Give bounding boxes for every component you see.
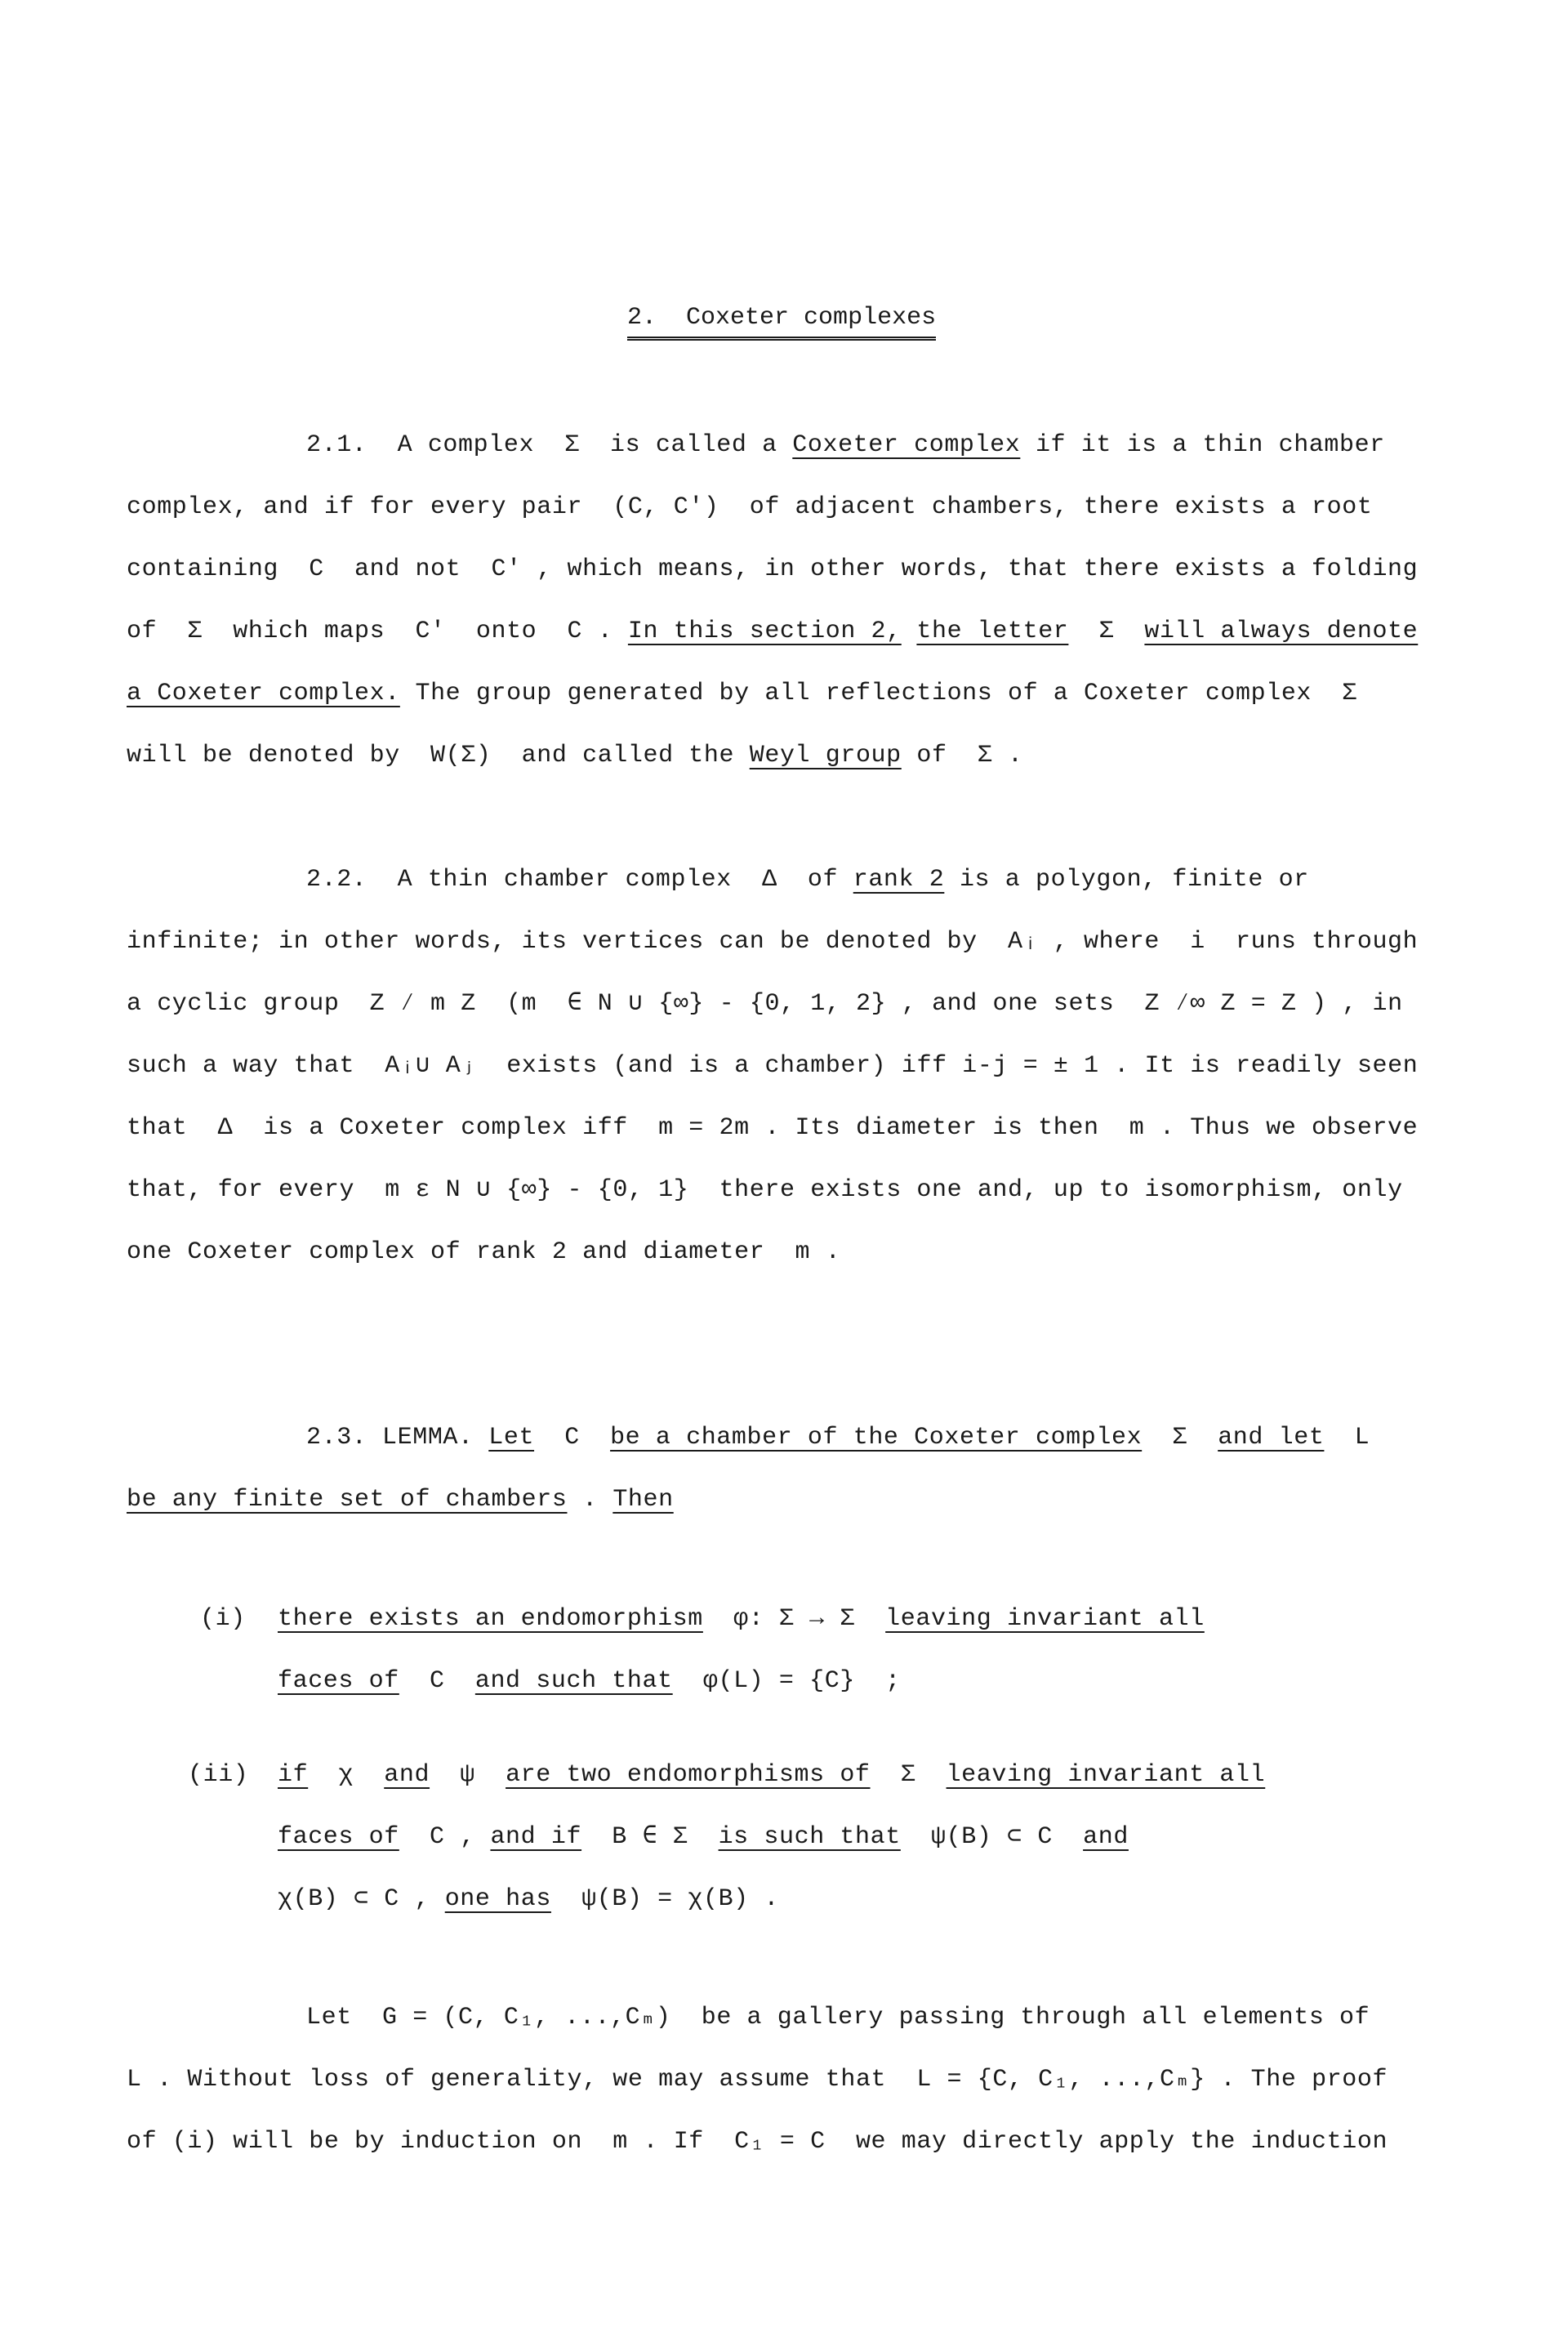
p21-line-1: 2.1. A complex Σ is called a Coxeter com… [306,429,1385,462]
p22-line-7: one Coxeter complex of rank 2 and diamet… [127,1236,840,1269]
lemma-line-2: be any finite set of chambers . Then [127,1483,674,1516]
item-ii-label: (ii) [188,1759,248,1791]
term-coxeter-complex: Coxeter complex [792,431,1020,459]
p21-line-5: a Coxeter complex. The group generated b… [127,677,1357,710]
section-title-text: Coxeter complexes [686,304,936,332]
item-i-label: (i) [200,1603,246,1635]
proof-line-1: Let G = (C, C₁, ...,Cₘ) be a gallery pas… [306,2001,1370,2034]
item-ii-line-1: if χ and ψ are two endomorphisms of Σ le… [278,1759,1265,1791]
item-ii-line-3: χ(B) ⊂ C , one has ψ(B) = χ(B) . [278,1883,779,1915]
p22-line-5: that Δ is a Coxeter complex iff m = 2m .… [127,1112,1418,1144]
p22-line-6: that, for every m ε N ∪ {∞} - {0, 1} the… [127,1174,1403,1206]
p21-line-4: of Σ which maps C' onto C . In this sect… [127,615,1418,648]
lemma-line-1: 2.3. LEMMA. Let C be a chamber of the Co… [306,1421,1370,1454]
item-ii-line-2: faces of C , and if B ∈ Σ is such that ψ… [278,1821,1129,1853]
p22-line-3: a cyclic group Z ∕ m Z (m ∈ N ∪ {∞} - {0… [127,988,1403,1020]
p21-line-6: will be denoted by W(Σ) and called the W… [127,739,1023,772]
p22-line-4: such a way that Aᵢ∪ Aⱼ exists (and is a … [127,1050,1418,1082]
item-i-line-2: faces of C and such that φ(L) = {C} ; [278,1665,901,1697]
p21-line-3: containing C and not C' , which means, i… [127,553,1418,586]
section-title: 2. Coxeter complexes [627,304,936,341]
p21-line-2: complex, and if for every pair (C, C') o… [127,491,1372,524]
p22-line-1: 2.2. A thin chamber complex Δ of rank 2 … [306,863,1309,896]
term-weyl-group: Weyl group [750,742,902,769]
term-rank-2: rank 2 [853,866,945,894]
item-i-line-1: there exists an endomorphism φ: Σ → Σ le… [278,1603,1205,1635]
proof-line-2: L . Without loss of generality, we may a… [127,2063,1388,2096]
p22-line-2: infinite; in other words, its vertices c… [127,925,1418,958]
section-number: 2. [627,304,657,332]
proof-line-3: of (i) will be by induction on m . If C₁… [127,2125,1388,2158]
